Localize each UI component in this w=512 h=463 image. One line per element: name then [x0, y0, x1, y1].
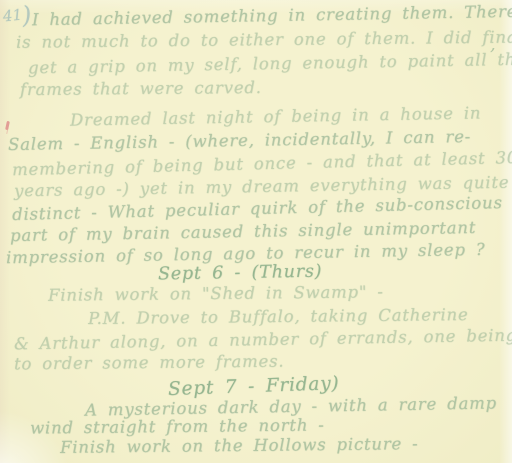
handwritten-line: is not much to do to either one of them.… — [16, 27, 512, 51]
handwritten-line: Finish work on "Shed in Swamp" - — [48, 282, 384, 305]
page-number-text: 41 — [2, 6, 23, 26]
handwritten-line: wind straight from the north - — [30, 415, 325, 437]
handwritten-line: I had achieved something in creating the… — [32, 2, 512, 29]
red-margin-mark — [5, 121, 10, 130]
handwritten-line: to order some more frames. — [14, 352, 285, 374]
handwritten-line: Dreamed last night of being in a house i… — [70, 103, 482, 129]
journal-page-scan: 41) , I had achieved something in creati… — [0, 0, 512, 463]
handwritten-line: frames that were carved. — [20, 78, 262, 99]
handwritten-line: get a grip on my self, long enough to pa… — [28, 50, 512, 78]
date-heading-sept-6: Sept 6 - (Thurs) — [158, 262, 323, 285]
handwritten-line: P.M. Drove to Buffalo, taking Catherine — [88, 305, 469, 328]
handwritten-line: Finish work on the Hollows picture - — [60, 434, 419, 457]
handwritten-line: & Arthur along, on a number of errands, … — [14, 326, 512, 354]
page-number: 41) — [2, 1, 33, 32]
